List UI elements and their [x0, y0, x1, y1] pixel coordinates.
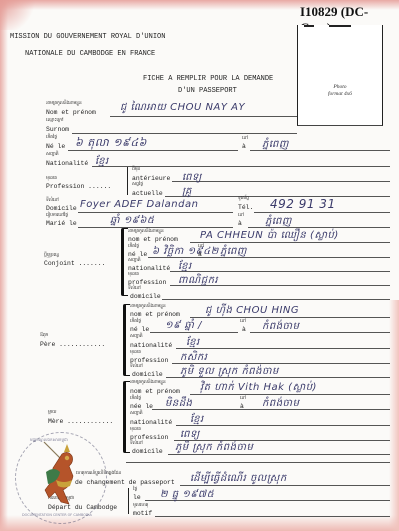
nationality-label-khmer: សញ្ជាតិ [46, 152, 58, 158]
father-domicile-label: domicile [132, 371, 163, 378]
prof-current-label: actuelle [132, 190, 163, 197]
domicile-label-khmer: ទីលំនៅ [46, 198, 59, 204]
spouse-born-at-label-khmer: នៅ [198, 244, 204, 250]
spouse-domicile-line [162, 299, 390, 300]
garuda-emblem-icon [42, 440, 84, 510]
mother-section-label: Mère ............ [48, 418, 113, 425]
mother-nationality-value[interactable]: ខ្មែរ [190, 412, 204, 427]
paper-stain-left [0, 0, 8, 531]
father-nationality-label: nationalité [130, 342, 172, 349]
domicile-line [78, 212, 233, 213]
spouse-domicile-label-khmer: ទីលំនៅ [128, 286, 141, 292]
father-section-label-khmer: ឪពុក [40, 333, 48, 339]
paper-stain-corner [0, 0, 40, 30]
form-title-1: FICHE A REMPLIR POUR LA DEMANDE [143, 75, 273, 83]
mother-born-at-label: à [240, 403, 244, 410]
photo-box-corner [304, 25, 314, 27]
spouse-nationality-value[interactable]: ខ្មែរ [178, 259, 192, 274]
spouse-name-label: nom et prénom [128, 236, 178, 243]
nationality-value[interactable]: ខ្មែរ [95, 154, 109, 169]
photo-box-mark [329, 25, 351, 27]
married-label-khmer: រៀបការនៅថ្ងៃ [46, 213, 68, 219]
seal-text-english: DOCUMENTATION CENTER OF CAMBODIA [22, 513, 92, 517]
father-nationality-value[interactable]: ខ្មែរ [186, 335, 200, 350]
prof-current-value[interactable]: គ្រូ [182, 184, 192, 199]
surname-line [72, 133, 297, 134]
prof-before-line [172, 181, 390, 182]
header-line-2: NATIONALE DU CAMBODGE EN FRANCE [25, 50, 155, 58]
tel-label: Tél. [238, 204, 253, 211]
mother-born-at-label-khmer: នៅ [240, 396, 246, 402]
paper-stain-right [389, 300, 399, 531]
born-at-label: à [242, 143, 246, 150]
name-line [110, 116, 297, 117]
mother-brace [123, 381, 130, 453]
father-domicile-label-khmer: ទីលំនៅ [130, 364, 143, 370]
father-profession-label: profession [130, 357, 168, 364]
spouse-profession-value[interactable]: ពាណិជ្ជករ [178, 273, 218, 288]
married-at-label-khmer: នៅ [238, 213, 244, 219]
departure-date-value[interactable]: ២ ធ្នូ ១៩៧៥ [160, 487, 214, 502]
father-born-label: né le [130, 326, 149, 333]
name-label-khmer: នាមត្រកូលនិងនាមខ្លួន [46, 101, 82, 107]
header-line-1: MISSION DU GOUVERNEMENT ROYAL D'UNION [10, 33, 165, 41]
father-born-at-value[interactable]: កំពង់ចាម [262, 319, 299, 334]
mother-domicile-label: domicile [132, 448, 163, 455]
departure-reason-line [155, 516, 390, 517]
departure-date-label: le [133, 494, 141, 501]
mother-nationality-line [176, 425, 390, 426]
passport-change-value[interactable]: ដើម្បីធ្វើដំណើរ ចូលស្រុក [190, 471, 287, 486]
spouse-born-label-khmer: កើតថ្ងៃ [128, 244, 139, 250]
prof-before-value[interactable]: ពេទ្យ [182, 170, 202, 185]
spouse-born-at-value[interactable]: ភ្នំពេញ [220, 244, 247, 259]
name-label: Nom et prénom [46, 109, 96, 116]
mother-domicile-value[interactable]: ភូមិ ស្រុក កំពង់ចាម [175, 440, 253, 455]
father-nationality-line [176, 348, 390, 349]
spouse-born-value[interactable]: ៦ វិច្ឆិកា ១៩៤២ [152, 244, 219, 259]
mother-domicile-label-khmer: ទីលំនៅ [130, 441, 143, 447]
mother-profession-label: profession [130, 434, 168, 441]
departure-bracket [128, 488, 129, 514]
father-born-value[interactable]: ១៩ ឆ្នាំ / [165, 318, 202, 333]
spouse-name-label-khmer: នាមត្រកូលនិងនាមខ្លួន [128, 229, 164, 235]
profession-bracket [127, 167, 128, 195]
born-label-khmer: កើតថ្ងៃ [46, 135, 57, 141]
nationality-label: Nationalité [46, 160, 88, 167]
tel-line [254, 212, 390, 213]
mother-nationality-label-khmer: សញ្ជាតិ [130, 411, 142, 417]
prof-before-label-khmer: ពីមុន [132, 167, 140, 173]
father-born-at-label: à [242, 326, 246, 333]
profession-label: Profession ...... [46, 183, 111, 190]
mother-born-label: née le [130, 403, 153, 410]
departure-reason-label-khmer: មូលហេតុ [133, 503, 148, 509]
married-at-label: à [238, 220, 242, 227]
spouse-nationality-label-khmer: សញ្ជាតិ [128, 258, 140, 264]
father-nationality-label-khmer: សញ្ជាតិ [130, 334, 142, 340]
departure-reason-label: motif [133, 510, 152, 517]
spouse-brace [121, 228, 128, 296]
surname-label-khmer: ឈ្មោះក្រៅ [46, 118, 63, 124]
spouse-nationality-line [170, 271, 390, 272]
married-at-value[interactable]: ភ្នំពេញ [265, 214, 292, 229]
prof-before-label: antérieure [132, 175, 170, 182]
married-label: Marié le [46, 220, 77, 227]
father-name-value[interactable]: ជូ ហ៊ីង CHOU HING [205, 303, 299, 318]
prof-current-label-khmer: សព្វថ្ងៃ [132, 182, 143, 188]
born-label: Né le [46, 143, 65, 150]
section-divider [126, 462, 390, 463]
domicile-label: Domicile [46, 205, 77, 212]
spouse-born-label: né le [128, 251, 147, 258]
name-value[interactable]: ជូ ណៃអាយ CHOU NAY AY [120, 100, 245, 115]
mother-born-label-khmer: កើតថ្ងៃ [130, 396, 141, 402]
born-at-label-khmer: នៅ [242, 136, 248, 142]
spouse-domicile-label: domicile [130, 293, 161, 300]
father-profession-value[interactable]: កសិករ [180, 350, 207, 365]
married-value[interactable]: ឆ្នាំ ១៩៦៥ [110, 213, 155, 228]
mother-born-at-value[interactable]: កំពង់ចាម [262, 396, 299, 411]
father-born-label-khmer: កើតថ្ងៃ [130, 319, 141, 325]
father-name-label: nom et prénom [130, 311, 180, 318]
father-name-label-khmer: នាមត្រកូលនិងនាមខ្លួន [130, 304, 166, 310]
photo-label: Photo [298, 84, 382, 90]
born-at-value[interactable]: ភ្នំពេញ [262, 137, 289, 152]
mother-born-value[interactable]: មិនដឹង [165, 396, 192, 411]
departure-date-label-khmer: ថ្ងៃ [133, 487, 137, 493]
photo-format-label: format 4x6 [298, 91, 382, 97]
domicile-value[interactable]: Foyer ADEF Dalandan [80, 199, 198, 210]
mother-name-value[interactable]: វ៉ិត ហាក់ Vith Hak (ស្លាប់) [200, 380, 317, 395]
father-born-at-label-khmer: នៅ [240, 319, 246, 325]
born-value[interactable]: ៦ តុលា ១៩៤៦ [75, 136, 147, 152]
spouse-nationality-label: nationalité [128, 265, 170, 272]
spouse-section-label-khmer: ប្ដីឬប្រពន្ធ [44, 253, 59, 259]
mother-name-label: nom et prénom [130, 388, 180, 395]
father-profession-label-khmer: មុខរបរ [130, 350, 141, 356]
mother-profession-label-khmer: មុខរបរ [130, 427, 141, 433]
tel-label-khmer: ទូរស័ព្ទ [238, 196, 249, 202]
mother-nationality-label: nationalité [130, 419, 172, 426]
father-brace [123, 304, 130, 376]
tel-value[interactable]: 492 91 31 [270, 197, 336, 211]
mother-name-label-khmer: នាមត្រកូលនិងនាមខ្លួន [130, 380, 166, 386]
spouse-profession-label-khmer: មុខរបរ [128, 272, 139, 278]
spouse-name-value[interactable]: PA CHHEUN ប៉ា ឈឿន (ស្លាប់) [200, 228, 339, 243]
surname-label: Surnom [46, 126, 69, 133]
spouse-born-at-label: à [198, 251, 202, 258]
father-domicile-value[interactable]: ភូមិ ទួល ស្រុក កំពង់ចាម [180, 364, 279, 379]
passport-application-form: I10829 (DC-Cam) MISSION DU GOUVERNEMENT … [0, 0, 399, 531]
spouse-profession-label: profession [128, 279, 166, 286]
spouse-section-label: Conjoint ....... [44, 260, 105, 267]
form-title-2: D'UN PASSEPORT [178, 87, 237, 95]
mother-section-label-khmer: ម្ដាយ [48, 410, 56, 416]
photo-box: Photo format 4x6 [297, 25, 383, 126]
father-section-label: Père ............ [40, 341, 105, 348]
profession-label-khmer: មុខរបរ [46, 176, 57, 182]
